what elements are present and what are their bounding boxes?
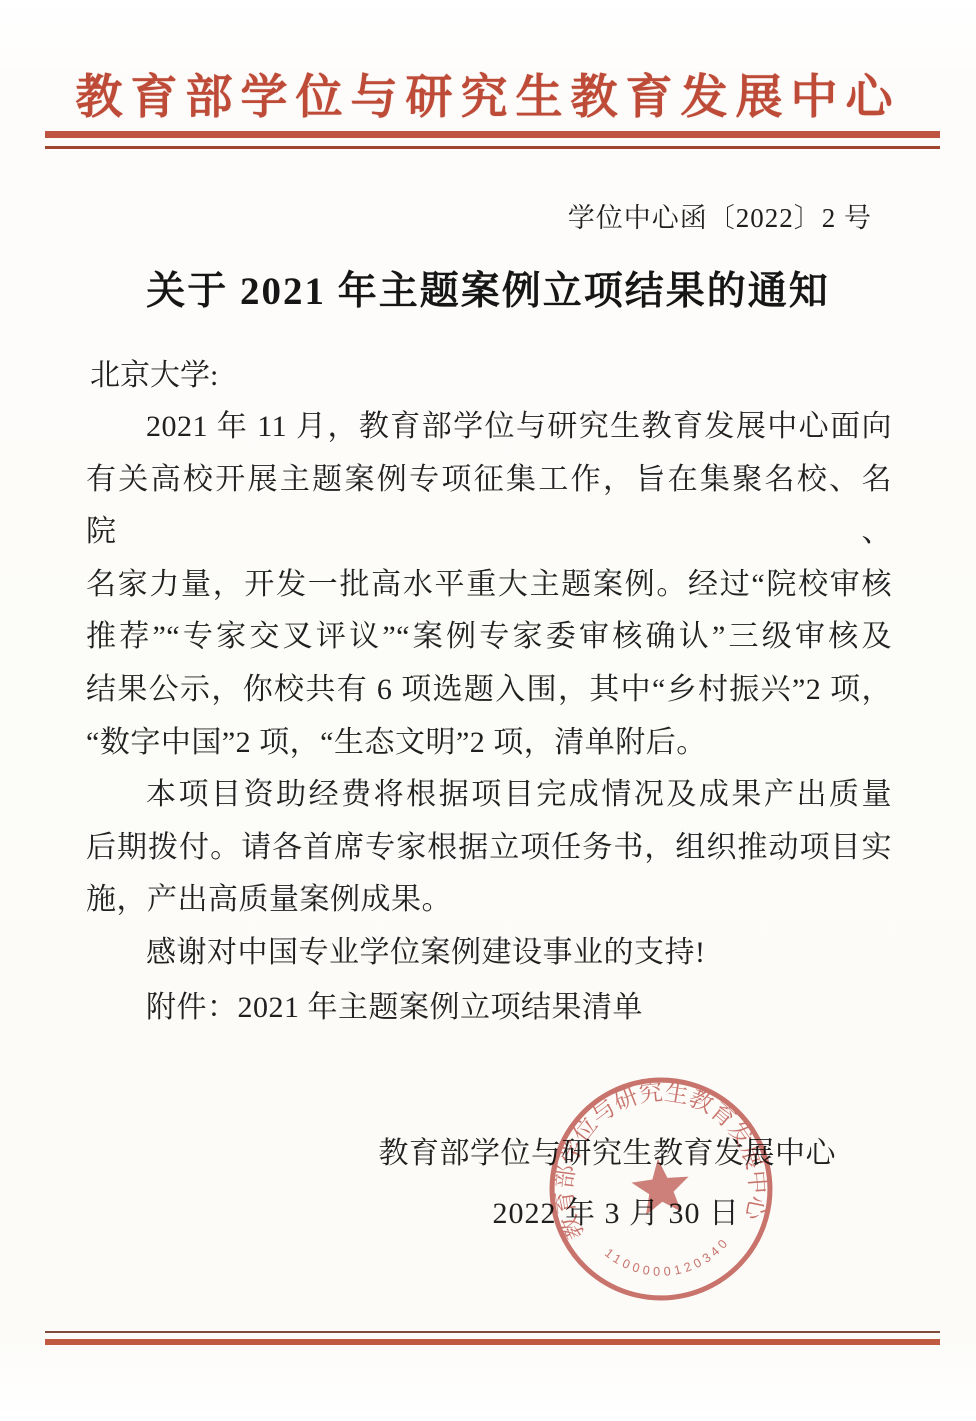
document-reference-number: 学位中心函〔2022〕2 号 <box>568 196 872 235</box>
seal-serial-container: 1100000120340 <box>601 1233 736 1285</box>
body-line: 名家力量，开发一批高水平重大主题案例。经过“院校审核 <box>86 559 892 612</box>
footer-rule-thick <box>45 1339 940 1345</box>
salutation: 北京大学: <box>90 350 218 394</box>
body-line: “数字中国”2 项，“生态文明”2 项，清单附后。 <box>86 717 892 770</box>
seal-ring-text: 教育部学位与研究生教育发展中心 <box>540 1068 775 1245</box>
body-line: 有关高校开展主题案例专项征集工作，旨在集聚名校、名院、 <box>86 454 892 559</box>
body-line: 后期拨付。请各首席专家根据立项任务书，组织推动项目实 <box>86 822 892 875</box>
attachment-line: 附件：2021 年主题案例立项结果清单 <box>86 982 643 1026</box>
body-line: 本项目资助经费将根据项目完成情况及成果产出质量 <box>86 769 892 822</box>
scanned-letter-page: 教育部学位与研究生教育发展中心 学位中心函〔2022〕2 号 关于 2021 年… <box>0 0 976 1421</box>
body-line: 推荐”“专家交叉评议”“案例专家委审核确认”三级审核及 <box>86 611 892 664</box>
official-seal: 教育部学位与研究生教育发展中心 1100000120340 <box>534 1062 789 1317</box>
seal-serial-number: 1100000120340 <box>601 1233 736 1285</box>
seal-ring-text-container: 教育部学位与研究生教育发展中心 <box>540 1068 775 1245</box>
body-line: 施，产出高质量案例成果。 <box>86 874 892 927</box>
header-rule-thick <box>45 131 940 138</box>
seal-star-icon <box>629 1156 692 1216</box>
letterhead-org-title: 教育部学位与研究生教育发展中心 <box>0 60 976 127</box>
document-title: 关于 2021 年主题案例立项结果的通知 <box>0 260 976 316</box>
body-line: 2021 年 11 月，教育部学位与研究生教育发展中心面向 <box>86 401 892 454</box>
header-rule-thin <box>45 146 940 149</box>
footer-rule-thin <box>45 1331 940 1333</box>
body-line: 结果公示，你校共有 6 项选题入围，其中“乡村振兴”2 项， <box>86 664 892 717</box>
letter-body: 2021 年 11 月，教育部学位与研究生教育发展中心面向 有关高校开展主题案例… <box>86 401 892 980</box>
body-line: 感谢对中国专业学位案例建设事业的支持! <box>86 927 892 980</box>
seal-group: 教育部学位与研究生教育发展中心 1100000120340 <box>540 1068 782 1308</box>
